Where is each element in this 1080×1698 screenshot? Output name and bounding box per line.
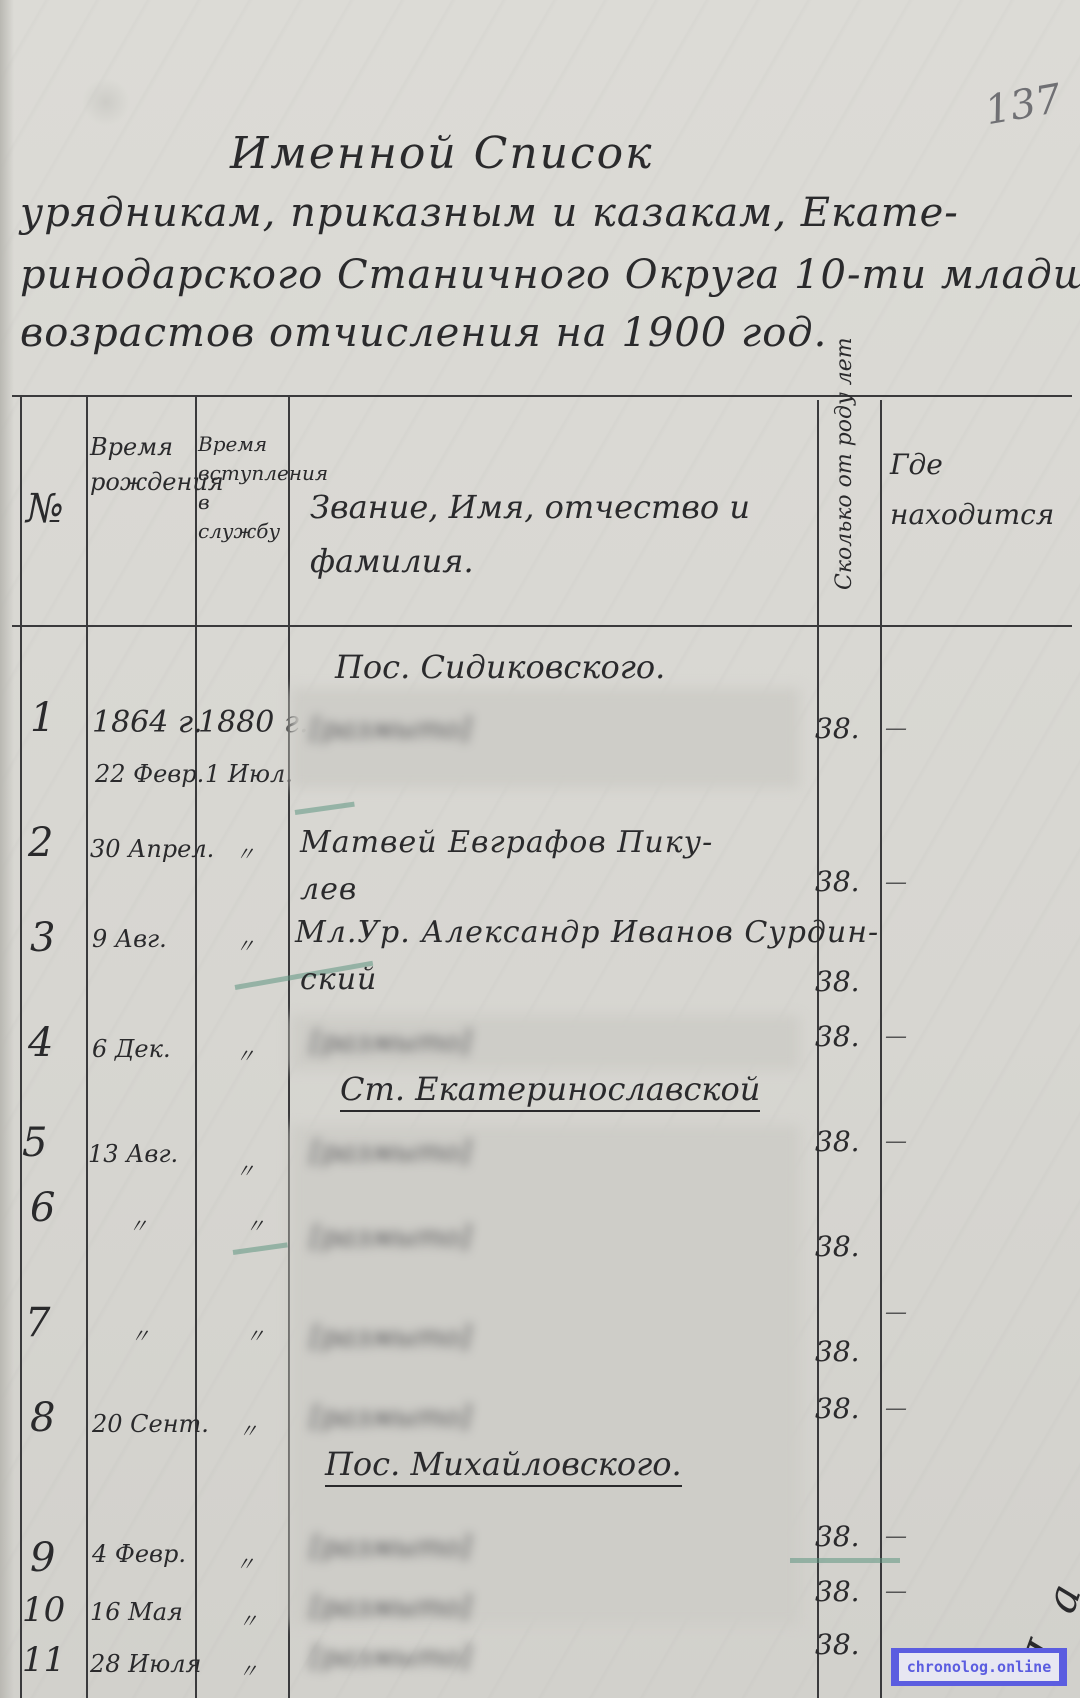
header-birth: Время рождения [90,430,194,500]
row-number: 4 [28,1020,53,1066]
service-date-ditto: 〃 [235,1155,255,1184]
redacted-name-text: [размыто] [310,1220,471,1253]
row-number: 9 [30,1535,55,1581]
birth-date: 30 Апрел. [90,835,214,863]
age-value: 38. [815,1628,860,1661]
age-value: 38. [815,1520,860,1553]
redacted-name-text: [размыто] [310,1135,471,1168]
row-number: 6 [30,1185,55,1231]
location-value: — [885,1300,907,1325]
age-value: 38. [815,865,860,898]
row-number: 7 [25,1300,50,1346]
location-value: — [885,1396,907,1421]
birth-year: 1864 г. [92,705,203,740]
redacted-name-text: [размыто] [310,1025,471,1058]
column-divider [880,400,882,1698]
service-date-ditto: 〃 [235,838,255,867]
location-value: — [885,870,907,895]
location-value: — [885,1129,907,1154]
watermark-badge[interactable]: chronolog.online [891,1648,1067,1686]
person-name-continued: лев [300,872,357,907]
location-value: — [885,1579,907,1604]
birth-date: 22 Февр. [95,760,204,788]
table-top-rule [12,395,1072,397]
header-number: № [26,480,64,538]
row-number: 8 [30,1395,55,1441]
section-heading: Ст. Екатеринославской [340,1070,760,1112]
birth-date: 28 Июля [90,1650,201,1678]
age-value: 38. [815,1392,860,1425]
service-date-ditto: 〃 [235,1548,255,1577]
column-divider [195,395,197,1698]
row-number: 2 [28,820,53,866]
age-value: 38. [815,1125,860,1158]
person-name-continued: ский [300,962,377,997]
age-value: 38. [815,1230,860,1263]
header-age: Сколько от роду лет [832,337,857,590]
birth-date: 20 Сент. [92,1410,209,1438]
row-number: 5 [22,1120,47,1166]
pencil-mark [790,1558,900,1563]
person-name: Мл.Ур. Александр Иванов Сурдин- [295,915,879,950]
service-date: 1 Июл. [205,760,293,788]
birth-date-ditto: 〃 [130,1320,150,1349]
column-divider [86,395,88,1698]
service-date-ditto: 〃 [245,1320,265,1349]
person-name: Матвей Евграфов Пику- [300,825,713,860]
redacted-name-text: [размыто] [310,1590,471,1623]
birth-date: 6 Дек. [92,1035,171,1063]
birth-date: 16 Мая [90,1598,183,1626]
header-bottom-rule [12,625,1072,627]
age-value: 38. [815,712,860,745]
redacted-name-text: [размыто] [310,1320,471,1353]
section-heading: Пос. Михайловского. [325,1445,682,1487]
birth-date: 9 Авг. [92,925,167,953]
row-number: 11 [22,1640,65,1680]
age-value: 38. [815,965,860,998]
redacted-name-text: [размыто] [310,712,471,745]
age-value: 38. [815,1335,860,1368]
service-date-ditto: 〃 [235,1040,255,1069]
header-location: Где находится [890,440,1070,541]
location-value: — [885,1024,907,1049]
row-number: 10 [22,1590,65,1630]
service-date-ditto: 〃 [238,1415,258,1444]
section-heading: Пос. Сидиковского. [335,648,665,686]
header-service-entry: Время вступления в службу [198,430,288,546]
service-date-ditto: 〃 [238,1605,258,1634]
location-value: — [885,716,907,741]
birth-date: 4 Февр. [92,1540,186,1568]
row-number: 1 [30,695,55,741]
header-name: Звание, Имя, отчество и фамилия. [310,480,810,589]
birth-date-ditto: 〃 [128,1210,148,1239]
column-divider [20,395,22,1698]
birth-date: 13 Авг. [88,1140,178,1168]
redacted-name-text: [размыто] [310,1640,471,1673]
watermark-text: chronolog.online [899,1653,1059,1681]
redacted-name-text: [размыто] [310,1400,471,1433]
age-value: 38. [815,1020,860,1053]
redacted-name-text: [размыто] [310,1530,471,1563]
service-date-ditto: 〃 [235,930,255,959]
age-value: 38. [815,1575,860,1608]
service-date-ditto: 〃 [245,1210,265,1239]
row-number: 3 [30,915,55,961]
location-value: — [885,1524,907,1549]
service-date-ditto: 〃 [238,1655,258,1684]
